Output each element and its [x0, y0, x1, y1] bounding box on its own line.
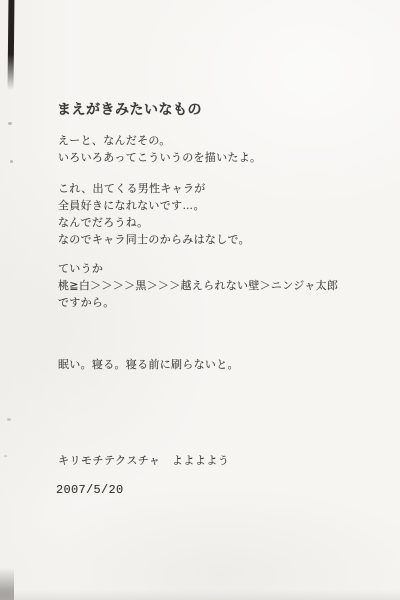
text-line: ていうか	[58, 261, 338, 278]
credit-line: キリモチテクスチャ よよよよう	[58, 452, 229, 468]
scan-bottom-shade	[0, 590, 400, 600]
text-line: いろいろあってこういうのを描いたよ。	[58, 150, 261, 167]
scanned-preface-page: まえがきみたいなもの えーと、なんだその。 いろいろあってこういうのを描いたよ。…	[0, 0, 400, 600]
text-line: なのでキャラ同士のからみはなしで。	[58, 232, 250, 249]
scan-speck	[8, 122, 12, 125]
date-line: 2007/5/20	[56, 483, 124, 497]
text-line: これ、出てくる男性キャラが	[58, 181, 250, 198]
intro-paragraph: えーと、なんだその。 いろいろあってこういうのを描いたよ。	[58, 133, 261, 167]
text-line: えーと、なんだその。	[58, 133, 261, 150]
text-line: 全員好きになれないです…。	[58, 198, 250, 215]
text-line: 桃≧白＞＞＞＞黒＞＞＞越えられない壁＞ニンジャ太郎	[58, 278, 338, 295]
scan-speck	[10, 160, 13, 163]
scan-edge-artifact	[8, 0, 15, 90]
text-line: なんでだろうね。	[58, 215, 250, 232]
sleepy-paragraph: 眠い。寝る。寝る前に刷らないと。	[58, 357, 239, 374]
scan-speck	[4, 455, 7, 457]
text-line: 眠い。寝る。寝る前に刷らないと。	[58, 357, 239, 374]
characters-paragraph: これ、出てくる男性キャラが 全員好きになれないです…。 なんでだろうね。 なので…	[58, 181, 250, 249]
ranking-paragraph: ていうか 桃≧白＞＞＞＞黒＞＞＞越えられない壁＞ニンジャ太郎 ですから。	[58, 261, 338, 312]
page-title: まえがきみたいなもの	[57, 99, 202, 119]
text-line: ですから。	[58, 295, 338, 312]
scan-speck	[7, 418, 11, 421]
